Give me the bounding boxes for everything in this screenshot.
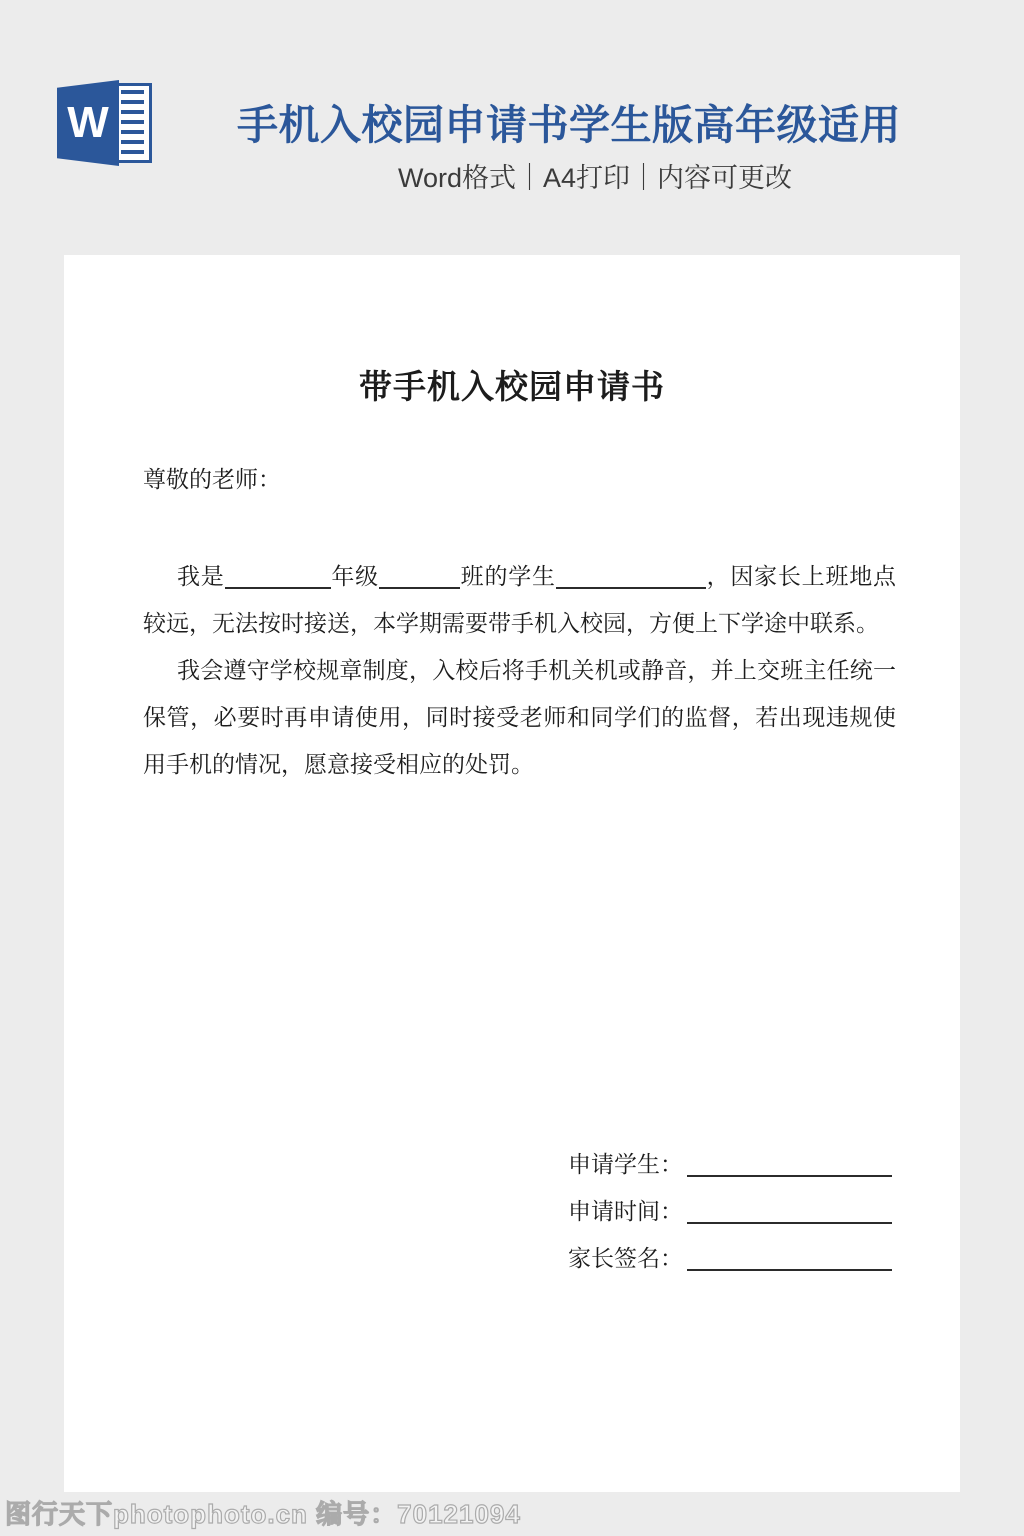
word-icon-text-lines [121, 90, 144, 156]
blank-student-name [556, 563, 706, 589]
word-icon-letter: W [57, 80, 119, 166]
para1-after-class: 班的学生 [460, 564, 556, 589]
signature-line-date [687, 1199, 892, 1224]
blank-grade [225, 563, 331, 589]
document-page: 带手机入校园申请书 尊敬的老师： 我是年级班的学生，因家长上班地点较远，无法按时… [64, 255, 960, 1492]
word-icon: W [57, 80, 152, 166]
paragraph-2: 我会遵守学校规章制度，入校后将手机关机或静音，并上交班主任统一保管，必要时再申请… [143, 647, 896, 788]
signature-label-parent: 家长签名： [568, 1246, 683, 1271]
paragraph-1: 我是年级班的学生，因家长上班地点较远，无法按时接送，本学期需要带手机入校园，方便… [143, 553, 896, 647]
header: W 手机入校园申请书学生版高年级适用 Word格式｜A4打印｜内容可更改 [0, 0, 1024, 255]
watermark: 图行天下photophoto.cn 编号：70121094 [5, 1494, 521, 1531]
para1-after-grade: 年级 [331, 564, 379, 589]
signature-row-parent: 家长签名： [568, 1235, 960, 1282]
salutation: 尊敬的老师： [143, 456, 896, 503]
page-title: 手机入校园申请书学生版高年级适用 [237, 92, 917, 151]
para1-before-grade: 我是 [177, 564, 225, 589]
watermark-site: 图行天下photophoto.cn [5, 1499, 308, 1529]
signature-label-student: 申请学生： [568, 1152, 683, 1177]
signature-line-student [687, 1152, 892, 1177]
signature-line-parent [687, 1246, 892, 1271]
signature-row-student: 申请学生： [568, 1141, 960, 1188]
blank-class [379, 563, 460, 589]
signature-block: 申请学生： 申请时间： 家长签名： [568, 1141, 960, 1282]
document-title: 带手机入校园申请书 [64, 255, 960, 412]
signature-row-date: 申请时间： [568, 1188, 960, 1235]
page-subtitle: Word格式｜A4打印｜内容可更改 [250, 156, 940, 195]
signature-label-date: 申请时间： [568, 1199, 683, 1224]
watermark-id: 编号：70121094 [316, 1499, 521, 1529]
